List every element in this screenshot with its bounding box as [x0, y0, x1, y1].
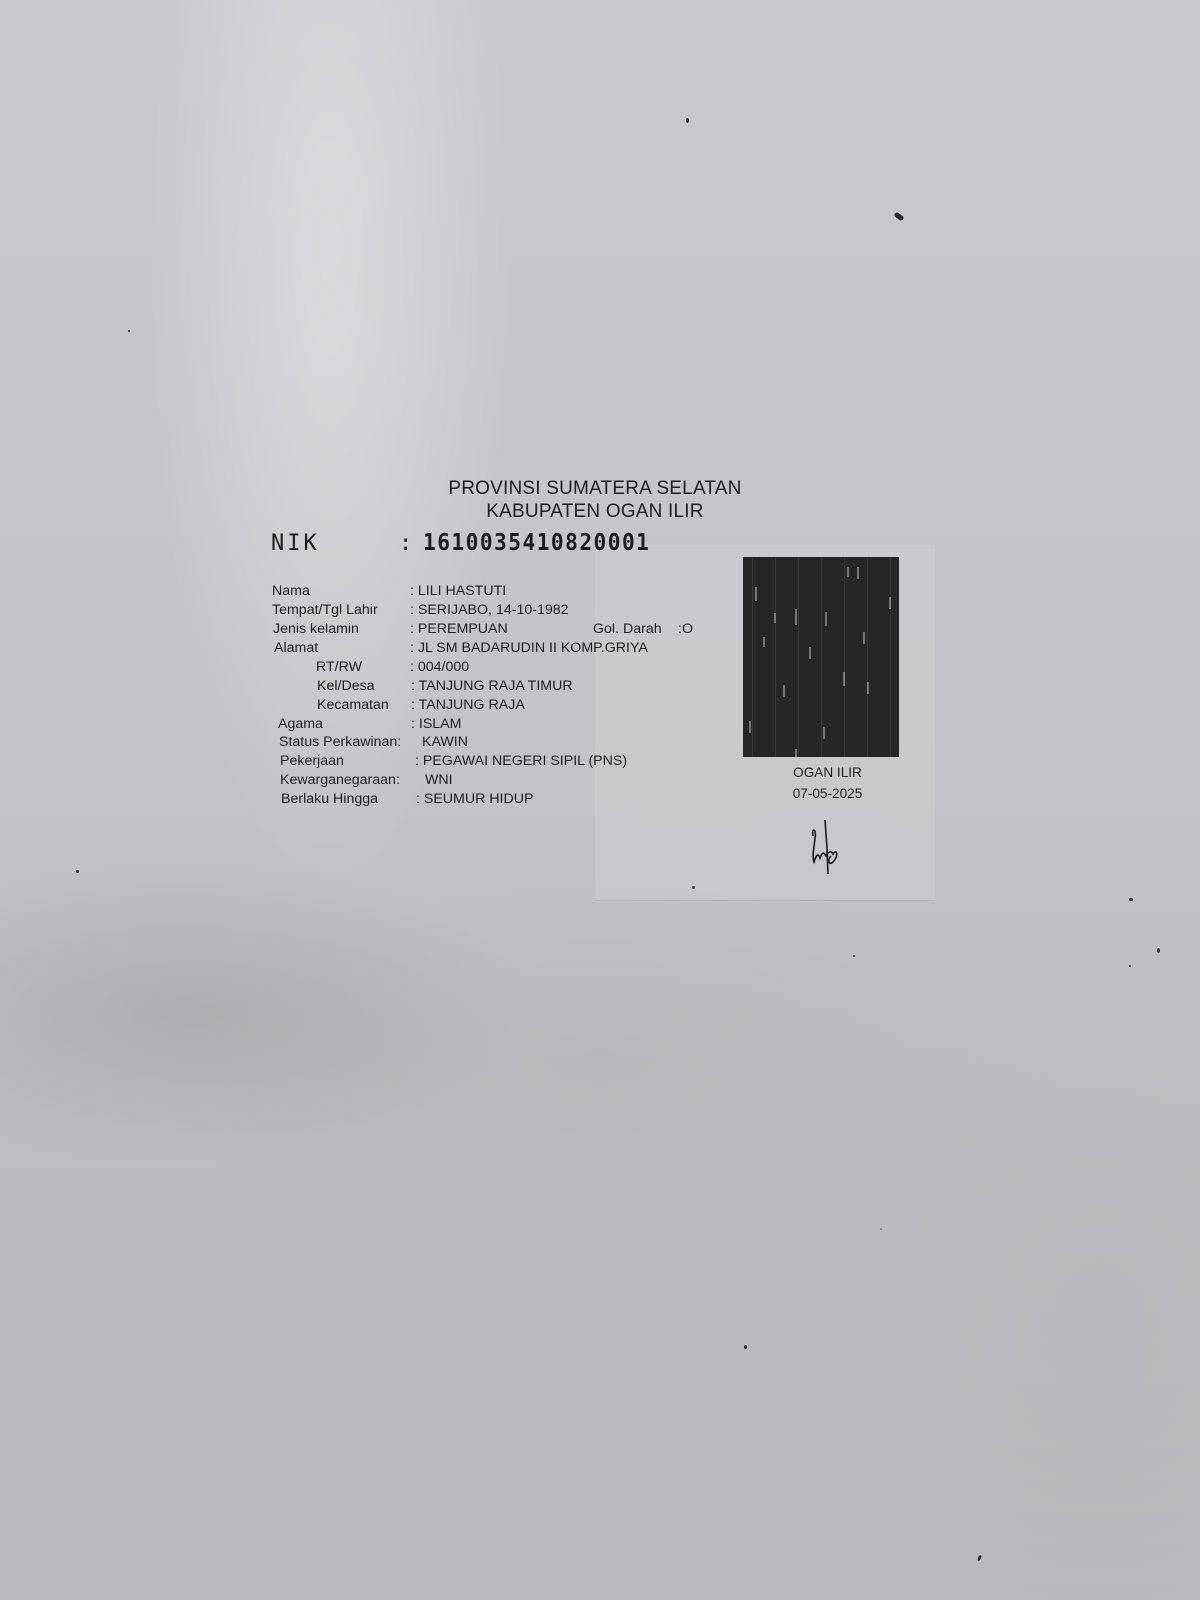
- field-label: Alamat: [274, 640, 318, 656]
- paper-speck: [1129, 898, 1133, 901]
- field-value: WNI: [425, 772, 453, 788]
- issue-date: 07-05-2025: [770, 786, 885, 801]
- field-value: : LILI HASTUTI: [410, 583, 506, 599]
- field-label: Jenis kelamin: [273, 621, 359, 637]
- field-value: : PEREMPUAN: [410, 621, 508, 637]
- field-label: Kewarganegaraan:: [280, 772, 400, 788]
- nik-separator: :: [399, 531, 412, 556]
- field-value: : ISLAM: [411, 716, 461, 732]
- field-label: Nama: [272, 583, 310, 599]
- field-label: Kel/Desa: [317, 678, 375, 694]
- paper-speck: [893, 212, 904, 222]
- paper-speck: [686, 118, 689, 123]
- province-heading: PROVINSI SUMATERA SELATAN: [420, 478, 770, 500]
- field-value: : TANJUNG RAJA: [411, 697, 525, 713]
- paper-speck: [76, 870, 79, 873]
- field-value: KAWIN: [422, 734, 468, 750]
- field-value: : 004/000: [410, 659, 469, 675]
- issue-place: OGAN ILIR: [770, 765, 885, 780]
- field-label: Berlaku Hingga: [281, 791, 378, 807]
- paper-speck: [1129, 965, 1131, 967]
- field-value: : PEGAWAI NEGERI SIPIL (PNS): [415, 753, 627, 769]
- field-label: RT/RW: [316, 659, 362, 675]
- field-value: : JL SM BADARUDIN II KOMP.GRIYA: [410, 640, 648, 656]
- paper-speck: [1157, 948, 1160, 953]
- paper-speck: [977, 1555, 982, 1562]
- nik-label: NIK: [271, 531, 320, 556]
- paper-speck: [744, 1345, 747, 1349]
- field-value: : TANJUNG RAJA TIMUR: [411, 678, 573, 694]
- regency-heading: KABUPATEN OGAN ILIR: [420, 501, 770, 523]
- field-label: Agama: [278, 716, 323, 732]
- signature-icon: [805, 818, 845, 878]
- field-label: Pekerjaan: [280, 753, 344, 769]
- field-label: Status Perkawinan:: [279, 734, 401, 750]
- field-label: Kecamatan: [317, 697, 389, 713]
- field-value: : SERIJABO, 14-10-1982: [410, 602, 569, 618]
- gol-darah-value: :O: [678, 621, 693, 637]
- field-value: : SEUMUR HIDUP: [416, 791, 533, 807]
- paper-speck: [128, 330, 130, 332]
- paper-speck: [880, 1228, 882, 1230]
- paper-speck: [853, 955, 855, 957]
- gol-darah-label: Gol. Darah: [593, 621, 662, 637]
- field-label: Tempat/Tgl Lahir: [272, 602, 378, 618]
- photo-placeholder-icon: [743, 557, 899, 757]
- nik-value: 1610035410820001: [423, 530, 650, 556]
